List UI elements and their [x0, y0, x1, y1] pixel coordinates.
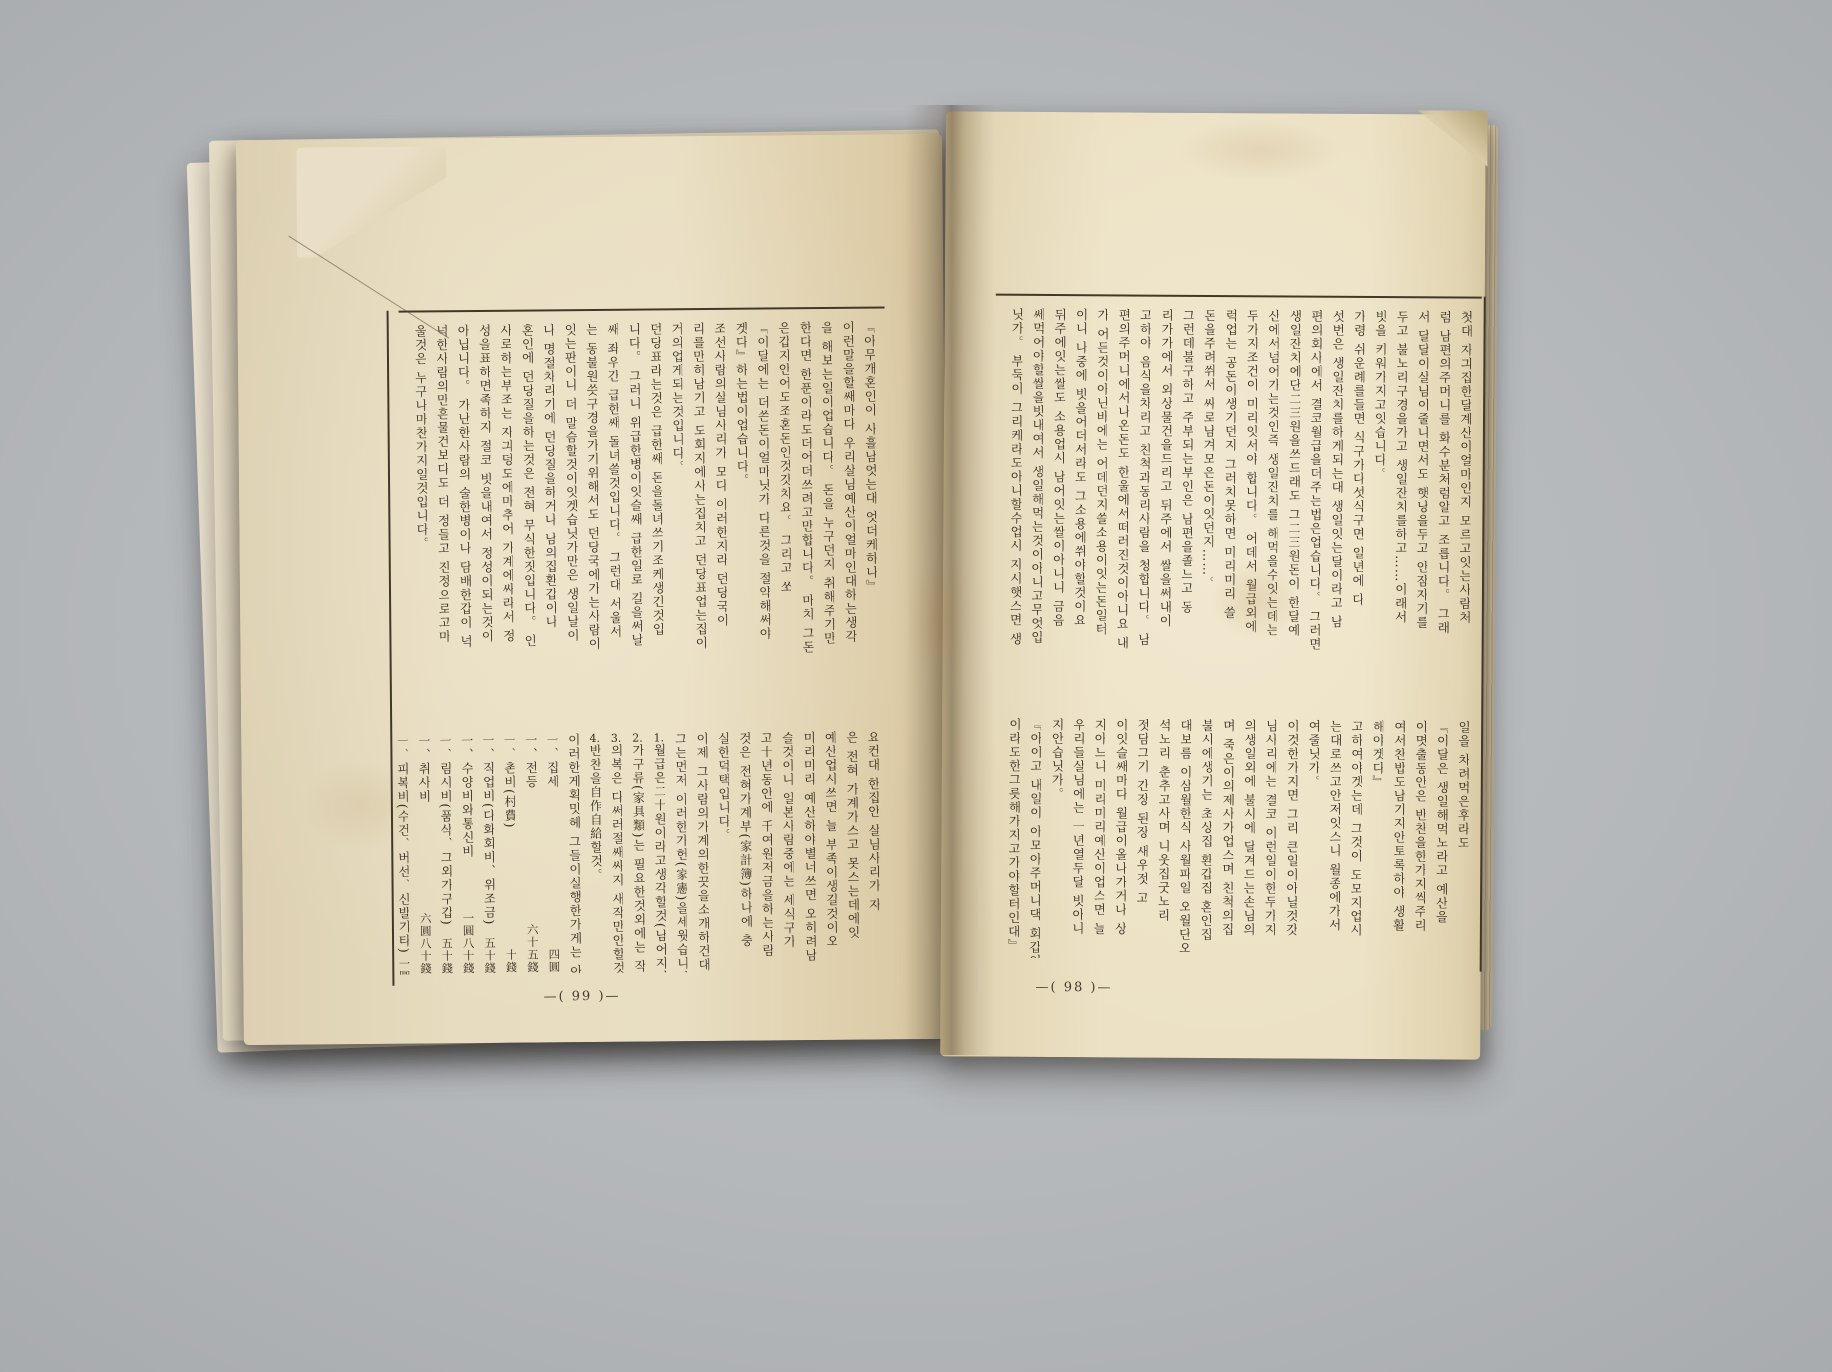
budget-item-amount: 六十五錢 [516, 923, 538, 973]
text-column: 리가가에서 외상물건을드리고 뒤주에서 쌀을써내이 [1148, 309, 1172, 691]
photo-backdrop: 『아무개혼인이 사흘남엇는대 엇더케하나』이런말을할쌔마다 우리살님예산이얼마인… [0, 0, 1832, 1372]
text-column: 실한덕택입니다。 [707, 732, 730, 972]
budget-item-amount: 一圓 [388, 958, 410, 975]
text-column: 4.반찬을自作自給할것。 [579, 733, 602, 973]
budget-item-amount: 五十錢 [474, 936, 496, 974]
text-column: 이제 그사람의가계의한끗을소개하건대 [686, 732, 709, 972]
text-column: 2.가구류(家具類)는 필요한것외에는 작만안할것。 [622, 733, 645, 973]
text-column: 불시에생기는 초상집 환갑집 혼인집 [1190, 719, 1213, 959]
text-column: 『아이고 내일이 아모아주머니댁 회갑인대 색책 [1019, 718, 1042, 958]
text-column: 빗을 키워가지고잇습니다。 [1362, 310, 1386, 692]
text-column: 가 어든것이아닌바에는 어데던지쓸소용이잇는돈일터 [1084, 308, 1108, 690]
left-upper-text: 『아무개혼인이 사흘남엇는대 엇더케하나』이런말을할쌔마다 우리살님예산이얼마인… [403, 321, 878, 707]
budget-item-label: 一、림시비(품삭、그외가구갑) [429, 734, 452, 926]
page-number-98: —( 98 )— [1035, 980, 1112, 995]
text-column: 여줄닛가。 [1297, 720, 1320, 960]
text-column: 첫대 자긔집한달계산이얼마인지 모르고잇는사람처 [1448, 310, 1472, 692]
text-column: 一、촌비(村費)十錢 [493, 734, 516, 974]
budget-item-label: 一、피복비(수건、버선、신발기타) [386, 735, 409, 954]
top-border-rule [399, 306, 885, 312]
text-column: 이라도한그릇해가지고가야할터인대』 [997, 718, 1020, 958]
text-column: 젓담그기 간장 된장 새우젓 고 [1125, 718, 1148, 958]
budget-item-label: 一、촌비(村費) [493, 734, 515, 829]
text-column: 석노리 춘추고사며 니웃집굿노리 [1147, 719, 1170, 959]
left-page-text-block: 『아무개혼인이 사흘남엇는대 엇더케하나』이런말을할쌔마다 우리살님예산이얼마인… [403, 307, 881, 979]
text-column: 두고 불노리구경을가고 생일잔치를하고……이래서 [1384, 310, 1408, 692]
text-column: 1.월급은二十원이라고생각할것(남어지저금) [643, 732, 666, 972]
right-page: 첫대 자긔집한달계산이얼마인지 모르고잇는사람처럼 남편의주머니를 화수분처럼알… [940, 111, 1486, 1059]
left-lower-text: 요컨대 한집안 살님사리가 자은 전혀 가계가스고 못스는데에잇예산업시쓰면 늘… [406, 731, 880, 975]
budget-item-label: 一、취사비 [408, 734, 430, 803]
text-column: 대보름 이삼월한식 사월파일 오월단오 [1168, 719, 1191, 959]
text-column: 『이달은 생일해먹노라고 예산을 [1425, 720, 1448, 960]
page-number-99: —( 99 )— [543, 989, 620, 1005]
text-column: 며 죽은이의제사가업스며 친척의집 [1211, 719, 1234, 959]
torn-corner [1418, 110, 1488, 176]
text-column: 생일잔치에단二三원을쓰드래도 그二三원돈이 한달예 [1277, 309, 1301, 691]
text-column: 3.의복은 다써러절쌔싸지 새작만안할것。 [600, 733, 623, 973]
text-column: 뒤주에잇는쌀도 소용업시 남어잇는쌀이아니니 금음 [1042, 308, 1066, 690]
budget-item-label: 一、전등 [515, 734, 537, 789]
text-column: 고十년동안에 千여원저금을하는사람 [750, 731, 773, 971]
budget-item-amount: 五十錢 [431, 937, 453, 975]
text-column: 우리들살님에는 一년열두달 빗아니 [1061, 718, 1084, 958]
text-column: 쎄먹어야할쌀을빗내여서 생일해먹는것이아니고무엇입 [1020, 308, 1044, 690]
text-column: 그런데불구하고 주부되는부인은 남편을졸느고 동 [1170, 309, 1194, 691]
text-column: 一、취사비六圓八十錢 [408, 734, 431, 974]
text-column: 고하야 음식을차리고 친척과동리사람을 청합니다。 남 [1127, 308, 1151, 690]
right-upper-text: 첫대 자긔집한달계산이얼마인지 모르고잇는사람처럼 남편의주머니를 화수분처럼알… [997, 308, 1471, 693]
text-column: 요컨대 한집안 살님사리가 자 [857, 731, 880, 971]
text-column: 이잇슬쌔마다 월급이올나가거나 상 [1104, 718, 1127, 958]
text-column: 이것한가지면 그리 큰일이아닐것갓 [1275, 719, 1298, 959]
text-column: 의생일외에 불시에 달겨드는손님의 [1232, 719, 1255, 959]
budget-item-amount: 十錢 [495, 949, 517, 974]
text-column: 一、집세四圓 [536, 733, 559, 973]
budget-item-label: 一、수양비와통신비 [450, 734, 472, 858]
text-column: 산에서넘어가는것인즉 생일잔치를 해먹을수잇는데는 [1255, 309, 1279, 691]
budget-item-amount: 一圓八十錢 [452, 912, 474, 975]
text-column: 것은 전혀가계부(家計簿)하나에 충 [729, 732, 752, 972]
text-column: 미리미리 예산하야별너쓰면 오히려남 [793, 731, 816, 971]
text-column: 一、수양비와통신비一圓八十錢 [450, 734, 473, 974]
text-column: 이러한게획밋헤 그들이실행한가게는 아래와갓습니다。 [557, 733, 580, 973]
text-column: 그는먼저 이러한가헌(家憲)을세웟습니다。 [664, 732, 687, 972]
text-column: 一、전등六十五錢 [515, 734, 538, 974]
text-column: 럼 남편의주머니를 화수분처럼알고 조릅니다。 그래 [1427, 310, 1451, 692]
text-column: 편의회사에서 결코월급을더주는법은업습니다。 그러면 [1298, 310, 1322, 692]
right-lower-text: 일을 차려먹은후라도『이달은 생일해먹노라고 예산을이몃출동안은 반찬을한가지씩… [996, 718, 1469, 961]
text-column: 지아느니 미리미리예산이업스면 늘 [1083, 718, 1106, 958]
text-column: 서 달달이살님이줄니면서도 햇낭을두고 안잠자기를 [1405, 310, 1429, 692]
text-column: 닛가。 부둑이 그리케라도아니할수업시 지시햇스면 생 [999, 308, 1023, 690]
text-column: 一、피복비(수건、버선、신발기타)一圓 [386, 735, 409, 975]
text-column: 돈을주려쒸서 싸로남겨모은돈이잇던지……。 [1191, 309, 1215, 691]
text-column: 一、림시비(품삭、그외가구갑)五十錢 [429, 734, 452, 974]
budget-item-label: 一、직업비(다화회비、위조금) [472, 734, 495, 926]
text-column: 은 전혀 가계가스고 못스는데에잇 [835, 731, 858, 971]
folded-corner [296, 146, 447, 257]
text-column: 편의주머니에서나온돈도 한울에서떠러진것이아니요 내 [1106, 308, 1130, 690]
open-book: 『아무개혼인이 사흘남엇는대 엇더케하나』이런말을할쌔마다 우리살님예산이얼마인… [210, 95, 1510, 1085]
text-column: 一、직업비(다화회비、위조금)五十錢 [472, 734, 495, 974]
text-column: 가령 쉬운례를들면 식구가다섯식구면 일년에 다 [1341, 310, 1365, 692]
left-page: 『아무개혼인이 사흘남엇는대 엇더케하나』이런말을할쌔마다 우리살님예산이얼마인… [236, 134, 950, 1045]
text-column: 님사리에는 결코 이런일이한두가지 [1254, 719, 1277, 959]
text-column: 이몃출동안은 반찬을한가지씩주리 [1404, 720, 1427, 960]
top-border-rule [996, 294, 1482, 299]
text-column: 는대로쓰고안저잇스니 월종에가서 [1318, 720, 1341, 960]
text-column: 예산업시쓰면 늘 부족이생길것이오 [814, 731, 837, 971]
text-column: 여서찬밥도남기지안토록하야 생활 [1382, 720, 1405, 960]
budget-item-amount: 四圓 [538, 948, 560, 973]
text-column: 두가지조건이 미리잇서야 합니다。 어데서 월급외에 [1234, 309, 1258, 691]
text-column: 『아무개혼인이 사흘남엇는대 엇더케하나』 [853, 321, 878, 703]
text-column: 고하여야겟는데 그것이 도모지업시 [1339, 720, 1362, 960]
budget-item-label: 一、집세 [536, 733, 558, 788]
text-column: 지안습닛가。 [1040, 718, 1063, 958]
text-column: 이니 나중에 빗을어더서라도 그소용에쒸야할것이요 [1063, 308, 1087, 690]
text-column: 슬것이니 일본사람중에는 세식구가 [771, 731, 794, 971]
text-column: 섯번은 생일잔치를하게되는대 생일잇는달이라고 남 [1320, 310, 1344, 692]
budget-item-amount: 六圓八十錢 [409, 912, 431, 975]
text-column: 일을 차려먹은후라도 [1446, 720, 1469, 960]
right-page-text-block: 첫대 자긔집한달계산이얼마인지 모르고잇는사람처럼 남편의주머니를 화수분처럼알… [996, 294, 1472, 965]
text-column: 럭업는 공돈이생기던지 그러치못하면 미리미리 쓸 [1213, 309, 1237, 691]
text-column: 해야겟다』 [1361, 720, 1384, 960]
